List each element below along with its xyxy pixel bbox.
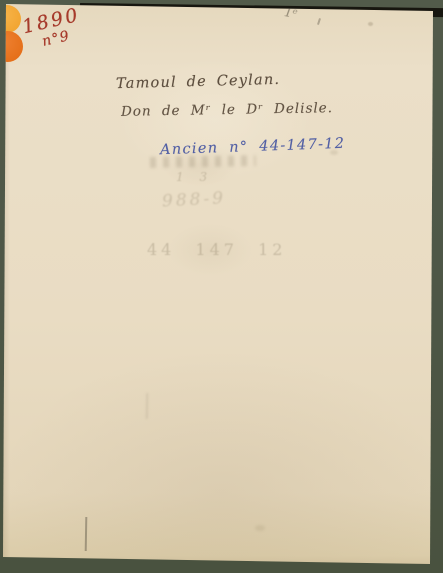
erased-text-smudge: [150, 155, 256, 168]
round-sticker-orange: [0, 31, 23, 62]
paper-stain: [368, 22, 373, 26]
photograph-back-card: 1890 n°9 1ᵉ Tamoul de Ceylan. Don de Mʳ …: [0, 0, 443, 573]
title-inscription: Tamoul de Ceylan.: [116, 72, 281, 92]
pencil-stroke-bottom: [85, 517, 88, 551]
paper-stain: [330, 150, 338, 155]
faint-smudge-middle: [146, 393, 148, 419]
ghost-number-large: 44 147 12: [147, 240, 286, 259]
paper-stain: [255, 525, 265, 531]
ghost-scribble: 988-9: [162, 188, 227, 211]
archival-photo-scan: 1890 n°9 1ᵉ Tamoul de Ceylan. Don de Mʳ …: [0, 0, 443, 573]
pencil-tick-mark: [317, 18, 321, 25]
round-sticker-yellow: [0, 5, 21, 33]
donor-inscription: Don de Mʳ le Dʳ Delisle.: [121, 100, 333, 120]
ghost-number-small: 1 3: [176, 170, 213, 184]
